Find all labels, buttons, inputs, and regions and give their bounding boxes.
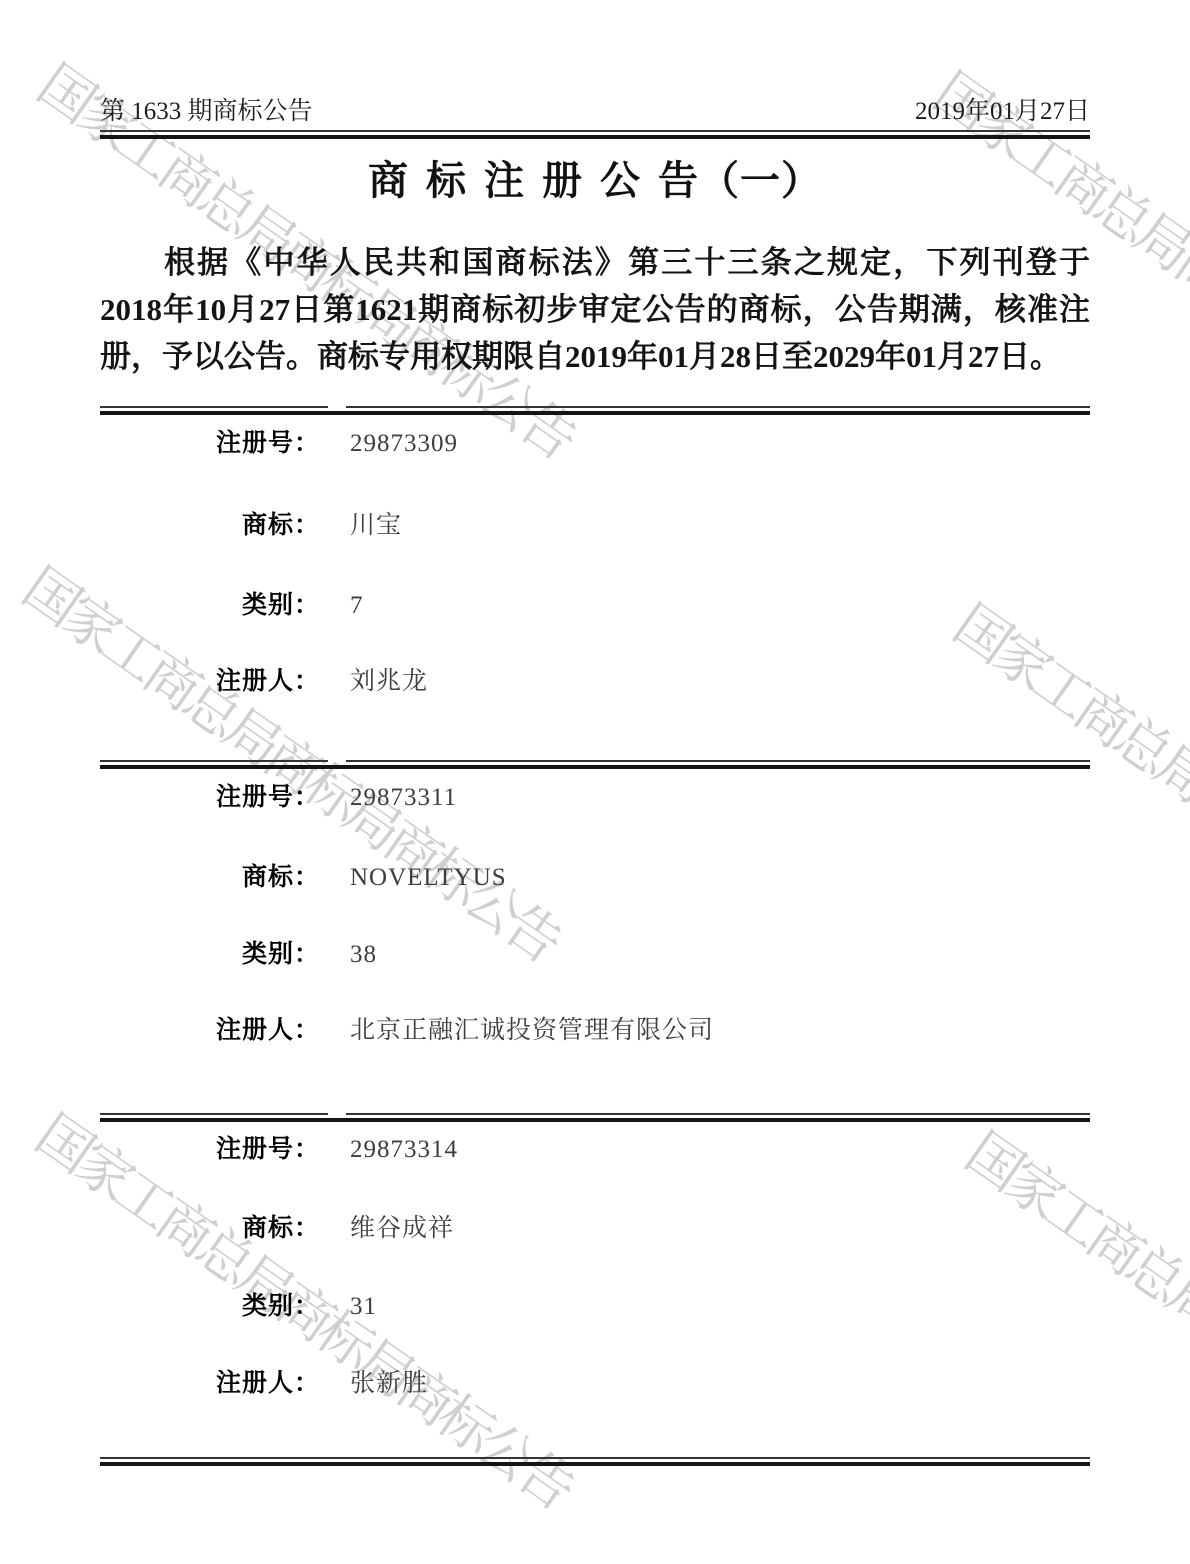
field-row-trademark: 商标：维谷成祥 — [100, 1213, 1090, 1244]
field-value-reg-no: 29873309 — [350, 428, 458, 459]
field-row-registrant: 注册人：张新胜 — [100, 1368, 1090, 1399]
field-value-reg-no: 29873314 — [350, 1134, 458, 1165]
field-row-trademark: 商标：川宝 — [100, 510, 1090, 541]
page-header: 第 1633 期商标公告 2019年01月27日 — [100, 97, 1090, 127]
field-label-registrant: 注册人： — [100, 666, 320, 697]
header-date: 2019年01月27日 — [915, 97, 1090, 127]
field-label-category: 类别： — [100, 1291, 320, 1322]
field-row-reg-no: 注册号：29873314 — [100, 1134, 1090, 1165]
field-label-category: 类别： — [100, 590, 320, 621]
field-value-reg-no: 29873311 — [350, 782, 457, 813]
page-content: 第 1633 期商标公告 2019年01月27日 商 标 注 册 公 告（一） … — [0, 0, 1190, 1564]
field-label-trademark: 商标： — [100, 510, 320, 541]
field-label-reg-no: 注册号： — [100, 1134, 320, 1165]
rule-notch — [328, 1113, 346, 1115]
field-row-category: 类别：7 — [100, 590, 1090, 621]
field-label-trademark: 商标： — [100, 1213, 320, 1244]
rule-notch — [328, 406, 346, 408]
field-value-trademark: NOVELTYUS — [350, 862, 507, 893]
field-value-registrant: 张新胜 — [350, 1368, 428, 1399]
field-row-trademark: 商标：NOVELTYUS — [100, 862, 1090, 893]
page-title: 商 标 注 册 公 告（一） — [0, 149, 1190, 206]
field-value-registrant: 北京正融汇诚投资管理有限公司 — [350, 1015, 714, 1046]
field-value-registrant: 刘兆龙 — [350, 666, 428, 697]
field-value-trademark: 维谷成祥 — [350, 1213, 454, 1244]
rule-notch — [328, 760, 346, 762]
field-value-category: 31 — [350, 1291, 377, 1322]
field-value-trademark: 川宝 — [350, 510, 402, 541]
field-row-registrant: 注册人：北京正融汇诚投资管理有限公司 — [100, 1015, 1090, 1046]
field-label-trademark: 商标： — [100, 862, 320, 893]
header-issue-number: 第 1633 期商标公告 — [100, 97, 313, 127]
field-row-category: 类别：31 — [100, 1291, 1090, 1322]
field-row-reg-no: 注册号：29873311 — [100, 782, 1090, 813]
field-label-category: 类别： — [100, 939, 320, 970]
field-label-registrant: 注册人： — [100, 1015, 320, 1046]
entry-separator — [100, 406, 1090, 415]
entry-separator — [100, 760, 1090, 769]
field-value-category: 38 — [350, 939, 377, 970]
field-value-category: 7 — [350, 590, 364, 621]
entry-separator — [100, 1113, 1090, 1122]
field-label-reg-no: 注册号： — [100, 428, 320, 459]
intro-paragraph: 根据《中华人民共和国商标法》第三十三条之规定，下列刊登于2018年10月27日第… — [100, 239, 1090, 380]
field-label-registrant: 注册人： — [100, 1368, 320, 1399]
field-label-reg-no: 注册号： — [100, 782, 320, 813]
field-row-category: 类别：38 — [100, 939, 1090, 970]
field-row-reg-no: 注册号：29873309 — [100, 428, 1090, 459]
bottom-rule — [100, 1457, 1090, 1466]
field-row-registrant: 注册人：刘兆龙 — [100, 666, 1090, 697]
trademark-gazette-page: 国家工商总局商标局商标公告 国家工商总局商标局商标公告 国家工商总局商标局商标公… — [0, 0, 1190, 1564]
header-rule — [100, 130, 1090, 139]
